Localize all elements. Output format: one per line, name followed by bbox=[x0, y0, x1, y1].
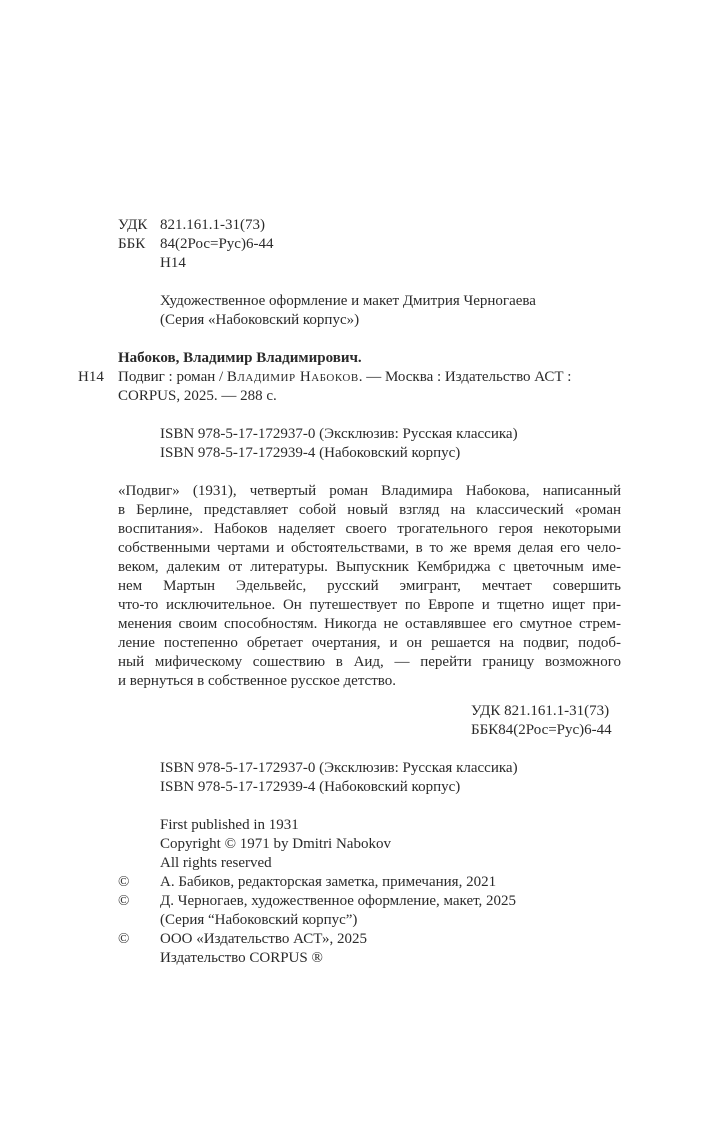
annotation-line: менения своим способностям. Никогда не о… bbox=[118, 615, 621, 634]
bbk-label: ББК bbox=[118, 235, 145, 254]
copyright-entry: А. Бабиков, редакторская заметка, примеч… bbox=[160, 873, 496, 892]
annotation-line: ление постепенно обретает очертания, и о… bbox=[118, 634, 621, 653]
isbn-1-repeat: ISBN 978-5-17-172937-0 (Эксклюзив: Русск… bbox=[160, 759, 518, 778]
first-published: First published in 1931 bbox=[160, 816, 299, 835]
annotation-line: веком, далеким от литературы. Выпускник … bbox=[118, 558, 621, 577]
bbk-right: ББК84(2Рос=Рус)6-44 bbox=[471, 721, 612, 740]
bbk-value: 84(2Рос=Рус)6-44 bbox=[160, 235, 273, 254]
udk-value: 821.161.1-31(73) bbox=[160, 216, 265, 235]
copyright-icon: © bbox=[118, 892, 129, 911]
annotation-line: «Подвиг» (1931), четвертый роман Владими… bbox=[118, 482, 621, 501]
copyright-line: Copyright © 1971 by Dmitri Nabokov bbox=[160, 835, 391, 854]
rights-reserved: All rights reserved bbox=[160, 854, 272, 873]
copyright-icon: © bbox=[118, 873, 129, 892]
bib-publisher: . — Москва : Издательство АСТ : bbox=[359, 369, 572, 385]
bib-imprint: CORPUS, 2025. — 288 с. bbox=[118, 387, 277, 406]
series-credit: (Серия «Набоковский корпус») bbox=[160, 311, 359, 330]
bib-heading: Набоков, Владимир Владимирович. bbox=[118, 349, 362, 368]
bib-author-mark: Н14 bbox=[78, 368, 104, 387]
annotation-line: собственными чертами и обстоятельствами,… bbox=[118, 539, 621, 558]
annotation-line: что-то исключительное. Он путешествует п… bbox=[118, 596, 621, 615]
udk-label: УДК bbox=[118, 216, 147, 235]
copyright-icon: © bbox=[118, 930, 129, 949]
design-credit: Художественное оформление и макет Дмитри… bbox=[160, 292, 536, 311]
author-mark: Н14 bbox=[160, 254, 186, 273]
annotation-line: в Берлине, представляет собой новый взгл… bbox=[118, 501, 621, 520]
annotation-line: ный мифическому сошествию в Аид, — перей… bbox=[118, 653, 621, 672]
annotation-line: воспитания». Набоков наделяет своего тро… bbox=[118, 520, 621, 539]
isbn-2-repeat: ISBN 978-5-17-172939-4 (Набоковский корп… bbox=[160, 778, 460, 797]
copyright-entry: Д. Черногаев, художественное оформление,… bbox=[160, 892, 516, 911]
bib-author-smallcaps: Владимир Набоков bbox=[227, 369, 359, 385]
copyright-entry: (Серия “Набоковский корпус”) bbox=[160, 911, 357, 930]
isbn-2: ISBN 978-5-17-172939-4 (Набоковский корп… bbox=[160, 444, 460, 463]
copyright-entry: Издательство CORPUS ® bbox=[160, 949, 323, 968]
bib-title: Подвиг : роман / bbox=[118, 369, 227, 385]
isbn-1: ISBN 978-5-17-172937-0 (Эксклюзив: Русск… bbox=[160, 425, 518, 444]
copyright-entry: ООО «Издательство АСТ», 2025 bbox=[160, 930, 367, 949]
annotation-line: нем Мартын Эдельвейс, русский эмигрант, … bbox=[118, 577, 621, 596]
annotation-line: и вернуться в собственное русское детств… bbox=[118, 672, 621, 691]
bib-title-line: Подвиг : роман / Владимир Набоков. — Мос… bbox=[118, 368, 571, 387]
udk-right: УДК 821.161.1-31(73) bbox=[471, 702, 609, 721]
